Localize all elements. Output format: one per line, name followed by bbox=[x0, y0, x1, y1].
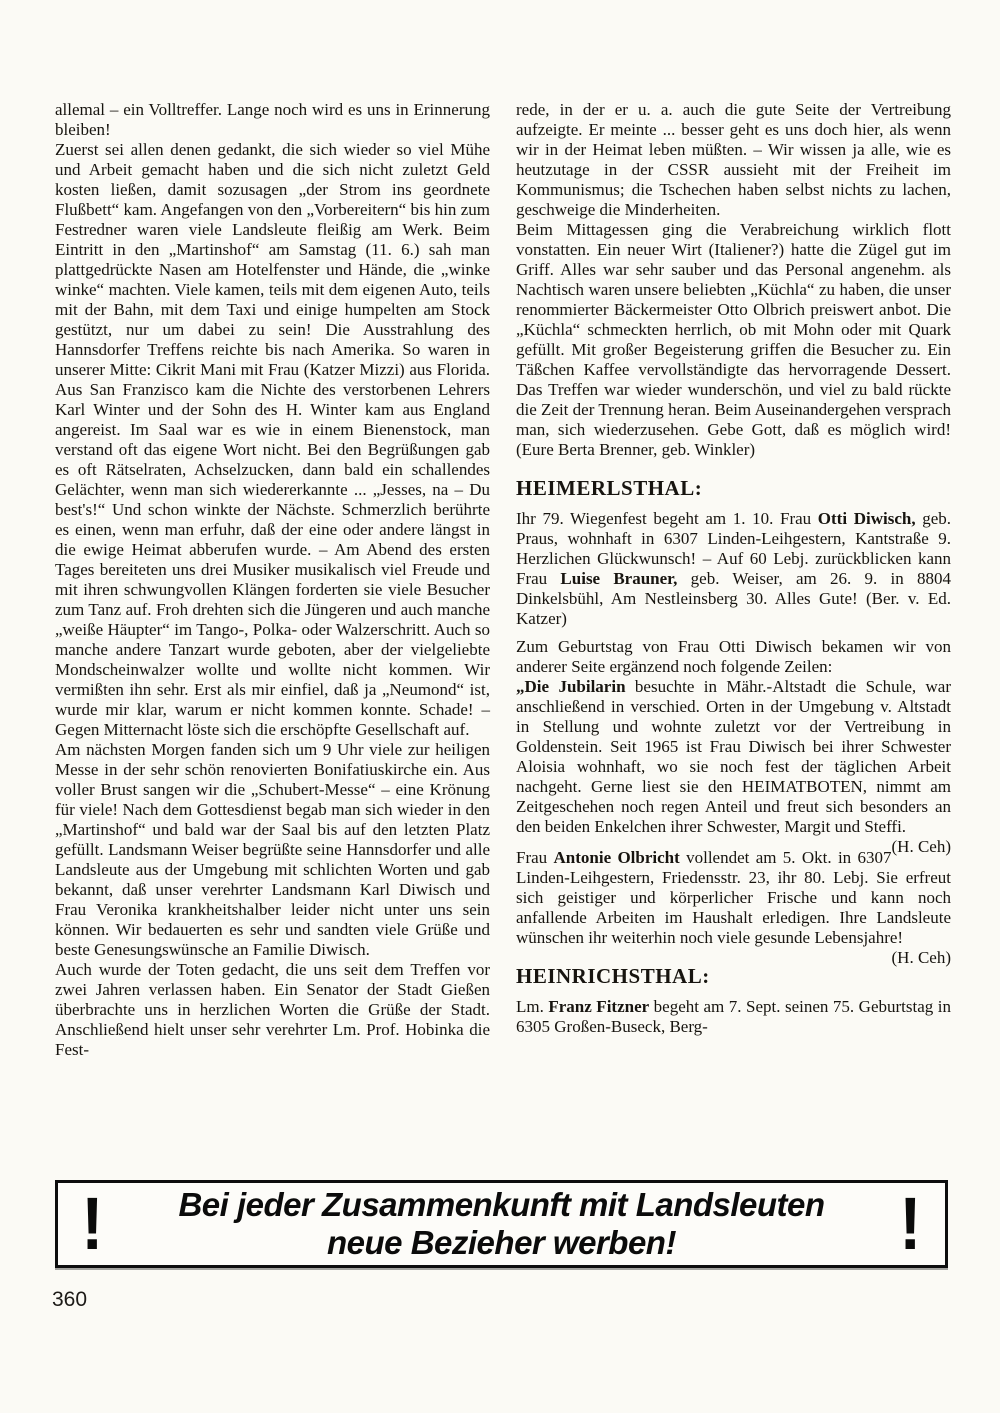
person-name: Franz Fitzner bbox=[548, 997, 649, 1016]
paragraph-birthday-notice: Ihr 79. Wiegenfest begeht am 1. 10. Frau… bbox=[516, 509, 951, 629]
text-segment: Frau bbox=[516, 848, 554, 867]
section-heading-heinrichsthal: HEINRICHSTHAL: bbox=[516, 966, 951, 986]
lead-bold: „Die Jubilarin bbox=[516, 677, 626, 696]
paragraph-fitzner: Lm. Franz Fitzner begeht am 7. Sept. sei… bbox=[516, 997, 951, 1037]
paragraph: rede, in der er u. a. auch die gute Seit… bbox=[516, 100, 951, 220]
paragraph: Auch wurde der Toten gedacht, die uns se… bbox=[55, 960, 490, 1060]
signature: (H. Ceh) bbox=[892, 948, 951, 968]
paragraph-olbricht: Frau Antonie Olbricht vollendet am 5. Ok… bbox=[516, 848, 951, 948]
newspaper-page: allemal – ein Volltreffer. Lange noch wi… bbox=[0, 0, 1000, 1413]
banner-line-1: Bei jeder Zusammenkunft mit Landsleuten bbox=[127, 1186, 877, 1224]
paragraph: allemal – ein Volltreffer. Lange noch wi… bbox=[55, 100, 490, 140]
person-name: Luise Brauner, bbox=[560, 569, 677, 588]
banner-text: Bei jeder Zusammenkunft mit Landsleuten … bbox=[127, 1186, 877, 1262]
text-segment: besuchte in Mähr.-Altstadt die Schule, w… bbox=[516, 677, 951, 836]
paragraph: Zuerst sei allen denen gedankt, die sich… bbox=[55, 140, 490, 740]
paragraph: Zum Geburtstag von Frau Otti Diwisch bek… bbox=[516, 637, 951, 677]
left-column: allemal – ein Volltreffer. Lange noch wi… bbox=[55, 100, 490, 1060]
text-segment: Lm. bbox=[516, 997, 548, 1016]
banner-line-2: neue Bezieher werben! bbox=[127, 1224, 877, 1262]
paragraph: Am nächsten Morgen fanden sich um 9 Uhr … bbox=[55, 740, 490, 960]
right-column: rede, in der er u. a. auch die gute Seit… bbox=[516, 100, 951, 1060]
page-number: 360 bbox=[52, 1288, 87, 1312]
signature: (H. Ceh) bbox=[892, 837, 951, 857]
content-columns: allemal – ein Volltreffer. Lange noch wi… bbox=[55, 100, 951, 1060]
person-name: Antonie Olbricht bbox=[554, 848, 680, 867]
exclamation-mark-left: ! bbox=[61, 1187, 123, 1261]
section-heading-heimerlsthal: HEIMERLSTHAL: bbox=[516, 478, 951, 498]
text-segment: Ihr 79. Wiegenfest begeht am 1. 10. Frau bbox=[516, 509, 818, 528]
exclamation-mark-right: ! bbox=[880, 1187, 942, 1261]
subscription-banner: ! Bei jeder Zusammenkunft mit Landsleute… bbox=[55, 1180, 948, 1268]
paragraph: Beim Mittagessen ging die Verabreichung … bbox=[516, 220, 951, 460]
person-name: Otti Diwisch, bbox=[818, 509, 916, 528]
paragraph-jubilarin: „Die Jubilarin besuchte in Mähr.-Altstad… bbox=[516, 677, 951, 837]
